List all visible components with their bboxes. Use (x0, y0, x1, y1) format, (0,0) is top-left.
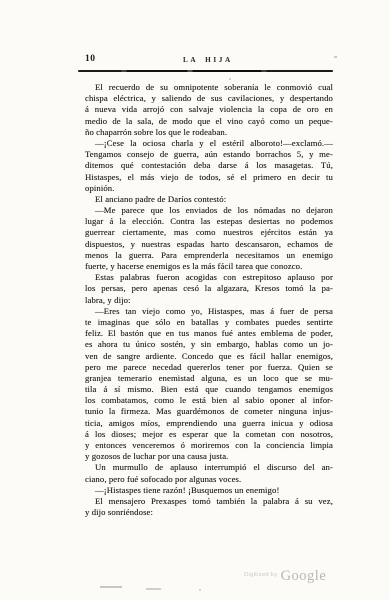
text-line: medio de la sala, de modo que el vino ca… (85, 116, 333, 127)
text-line: El recuerdo de su omnipotente soberanía … (85, 82, 333, 93)
google-logo: Google (281, 568, 327, 584)
text-line: El anciano padre de Daríos contestó: (85, 194, 333, 205)
scanned-book-page: { "page": { "header": { "page_number": "… (0, 0, 390, 600)
page-header: 10 LA HIJA (85, 54, 333, 68)
text-line: y gozosos de luchar por una causa justa. (85, 451, 333, 462)
text-line: —¡Cese la ociosa charla y el estéril alb… (85, 138, 333, 149)
text-line: ticia, amigos míos, emprendiendo una gue… (85, 418, 333, 429)
text-line: Tengamos consejo de guerra, aún estando … (85, 149, 333, 160)
text-line: —Eres tan viejo como yo, Histaspes, mas … (85, 306, 333, 317)
text-line: tunio la firmeza. Mas guardémonos de com… (85, 406, 333, 417)
google-watermark: Digitized byGoogle (244, 567, 326, 585)
scan-artifact-dash (100, 586, 122, 588)
digitized-by-label: Digitized by (244, 572, 278, 578)
text-line: —Me parece que los enviados de los nómad… (85, 205, 333, 216)
text-line: Un murmullo de aplauso interrumpió el di… (85, 462, 333, 473)
text-line: es ahora tu único sostén, y sin embargo,… (85, 339, 333, 350)
text-line: tila á sí mismo. Bien está que cuando te… (85, 384, 333, 395)
text-line: fuerte, y hacerse enemigos es la más fác… (85, 261, 333, 272)
text-line: feliz. El bastón que en tus manos fué an… (85, 328, 333, 339)
text-line: Estas palabras fueron acogidas con estre… (85, 272, 333, 283)
text-line: opinión. (85, 183, 333, 194)
text-line: ven de sangre ardiente. Concedo que es f… (85, 351, 333, 362)
text-line: menos la guerra. Para emprenderla necesi… (85, 250, 333, 261)
text-line: labra, y dijo: (85, 295, 333, 306)
text-line: pero me parece necedad quererlos tener p… (85, 362, 333, 373)
text-line: Histaspes, el más viejo de todos, sé el … (85, 172, 333, 183)
text-line: dispuestos, y nuestras espadas harto des… (85, 239, 333, 250)
text-line: y entonces venceremos ó moriremos con la… (85, 440, 333, 451)
scan-artifact-dot (229, 78, 231, 80)
text-line: guerrear ciertamente, mas como nuestros … (85, 227, 333, 238)
text-line: ciano, pero fué sofocado por algunas voc… (85, 474, 333, 485)
text-line: los combatamos, como le está bien al sab… (85, 395, 333, 406)
text-line: te imaginas que sólo en batallas y comba… (85, 317, 333, 328)
text-line: ño chaparrón sobre los que le rodeaban. (85, 127, 333, 138)
text-line: ditemos qué contestación deba darse á lo… (85, 160, 333, 171)
page-number: 10 (85, 54, 96, 64)
text-line: lugar á la elección. Contra las estepas … (85, 216, 333, 227)
book-page: 10 LA HIJA El recuerdo de su omnipotente… (0, 0, 390, 600)
text-line: y dijo sonriéndose: (85, 507, 333, 518)
running-title: LA HIJA (183, 56, 303, 64)
text-line: granjea temerario enemistad alguna, es u… (85, 373, 333, 384)
scan-artifact-dash (146, 588, 161, 590)
text-line: —¡Histaspes tiene razón! ¡Busquemos un e… (85, 485, 333, 496)
text-line: chispa eléctrica, y saliendo de sus cavi… (85, 93, 333, 104)
text-line: á los dioses; mejor es esperar que la co… (85, 429, 333, 440)
header-rule (78, 70, 333, 72)
scan-artifact-tick (334, 56, 337, 58)
body-text: El recuerdo de su omnipotente soberanía … (85, 82, 333, 518)
text-line: los persas, pero apenas cesó la algazara… (85, 283, 333, 294)
scan-artifact-dot (199, 589, 201, 591)
text-line: El mensajero Prexaspes tomó también la p… (85, 496, 333, 507)
text-line: á nueva vida arrojó con salvaje violenci… (85, 104, 333, 115)
